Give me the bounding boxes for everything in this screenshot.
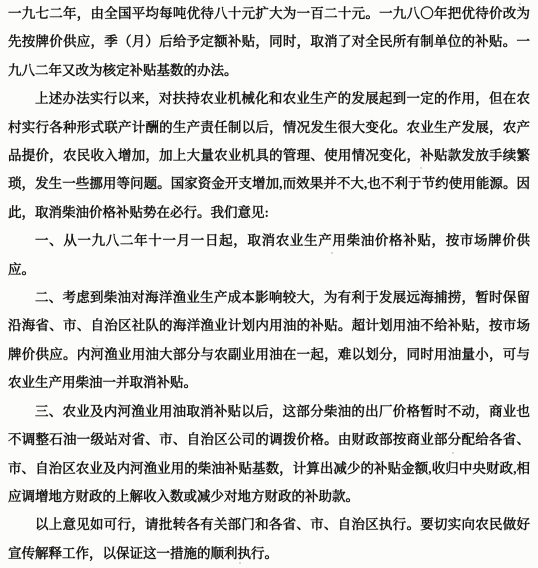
paragraph-subsidy-history: 一九七二年，由全国平均每吨优待八十元扩大为一百二十元。一九八〇年把优待价改为先按… [8,0,530,85]
scan-noise-dot [353,97,355,99]
document-page: 一九七二年，由全国平均每吨优待八十元扩大为一百二十元。一九八〇年把优待价改为先按… [0,0,538,568]
scan-noise-dot [96,345,98,347]
scan-noise-dot [497,296,499,298]
scan-noise-dot [331,252,333,254]
scan-noise-dot [420,167,422,169]
paragraph-closing: 以上意见如可行，请批转各有关部门和各省、市、自治区执行。要切实向农民做好宣传解释… [8,511,530,568]
scan-noise-dot [519,3,521,5]
paragraph-opinion-1: 一、从一九八二年十一月一日起，取消农业生产用柴油价格补贴，按市场牌价供应。 [8,227,530,284]
paragraph-opinion-2: 二、考虑到柴油对海洋渔业生产成本影响较大，为有利于发展远海捕捞，暂时保留沿海省、… [8,284,530,398]
paragraph-situation-analysis: 上述办法实行以来，对扶持农业机械化和农业生产的发展起到一定的作用，但在农村实行各… [8,85,530,227]
paragraph-opinion-3: 三、农业及内河渔业用油取消补贴以后，这部分柴油的出厂价格暂时不动，商业也不调整石… [8,398,530,512]
scan-noise-dot [239,562,241,564]
scan-noise-dot [452,452,454,454]
